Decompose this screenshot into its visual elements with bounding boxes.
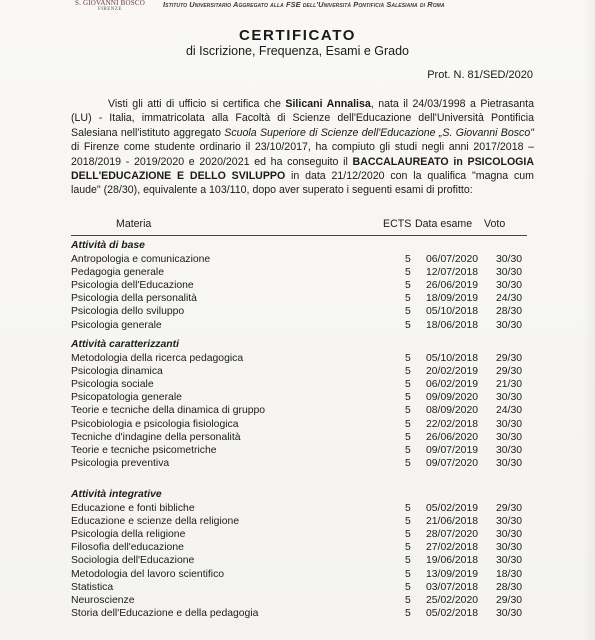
cell-voto: 30/30 (496, 516, 522, 527)
cell-data-esame: 12/07/2018 (426, 267, 478, 278)
cell-materia: Psicologia dinamica (71, 366, 163, 377)
cell-materia: Sociologia dell'Educazione (71, 555, 194, 566)
cell-ects: 5 (405, 608, 411, 619)
cell-data-esame: 05/10/2018 (426, 306, 478, 317)
cell-ects: 5 (405, 320, 411, 331)
cell-ects: 5 (405, 503, 411, 514)
cell-materia: Psicologia della personalità (71, 293, 197, 304)
cell-data-esame: 26/06/2019 (426, 280, 478, 291)
table-row: Psicologia generale518/06/201830/30 (71, 320, 531, 333)
cell-ects: 5 (405, 445, 411, 456)
cell-materia: Antropologia e comunicazione (71, 254, 210, 265)
cell-data-esame: 22/02/2018 (426, 419, 478, 430)
cell-data-esame: 05/02/2018 (426, 608, 478, 619)
header-voto: Voto (484, 218, 505, 230)
table-row: Metodologia del lavoro scientifico513/09… (71, 569, 531, 582)
cell-materia: Teorie e tecniche psicometriche (71, 445, 217, 456)
table-row: Tecniche d'indagine della personalità526… (71, 432, 531, 445)
cell-ects: 5 (405, 555, 411, 566)
cell-ects: 5 (405, 516, 411, 527)
cell-data-esame: 05/02/2019 (426, 503, 478, 514)
cell-data-esame: 18/09/2019 (426, 293, 478, 304)
cell-materia: Psicologia preventiva (71, 458, 169, 469)
cell-ects: 5 (405, 280, 411, 291)
cell-voto: 30/30 (496, 445, 522, 456)
cell-voto: 30/30 (496, 555, 522, 566)
table-row: Educazione e fonti bibliche505/02/201929… (71, 503, 531, 516)
table-row: Teorie e tecniche della dinamica di grup… (71, 405, 531, 418)
cell-data-esame: 03/07/2018 (426, 582, 478, 593)
cell-data-esame: 08/09/2020 (426, 405, 478, 416)
table-row: Statistica503/07/201828/30 (71, 582, 531, 595)
cell-voto: 30/30 (496, 432, 522, 443)
section-title: Attività caratterizzanti (71, 339, 179, 350)
cell-ects: 5 (405, 306, 411, 317)
logo-line-1: S. GIOVANNI BOSCO (55, 0, 165, 7)
cell-data-esame: 06/07/2020 (426, 254, 478, 265)
table-row: Sociologia dell'Educazione519/06/201830/… (71, 555, 531, 568)
document-subtitle: di Iscrizione, Frequenza, Esami e Grado (0, 44, 595, 58)
cell-materia: Teorie e tecniche della dinamica di grup… (71, 405, 265, 416)
certificate-body: Visti gli atti di ufficio si certifica c… (71, 97, 534, 198)
cell-ects: 5 (405, 379, 411, 390)
exam-table-header: Materia ECTS Data esame Voto (71, 217, 527, 236)
cell-data-esame: 27/02/2018 (426, 542, 478, 553)
cell-materia: Statistica (71, 582, 113, 593)
cell-voto: 30/30 (496, 608, 522, 619)
cell-data-esame: 21/06/2018 (426, 516, 478, 527)
cell-data-esame: 09/07/2020 (426, 458, 478, 469)
cell-voto: 24/30 (496, 405, 522, 416)
cell-ects: 5 (405, 254, 411, 265)
cell-materia: Psicobiologia e psicologia fisiologica (71, 419, 239, 430)
table-row: Metodologia della ricerca pedagogica505/… (71, 353, 531, 366)
school-name: Scuola Superiore di Scienze dell'Educazi… (224, 127, 534, 139)
table-row: Psicologia dinamica520/02/201929/30 (71, 366, 531, 379)
header-materia: Materia (116, 218, 151, 230)
institute-logo: S. GIOVANNI BOSCO FIRENZE (55, 0, 165, 14)
cell-voto: 28/30 (496, 306, 522, 317)
table-row: Pedagogia generale512/07/201830/30 (71, 267, 531, 280)
cell-voto: 30/30 (496, 529, 522, 540)
cell-data-esame: 09/07/2019 (426, 445, 478, 456)
table-row: Storia dell'Educazione e della pedagogia… (71, 608, 531, 621)
cell-ects: 5 (405, 293, 411, 304)
table-row: Psicologia dell'Educazione526/06/201930/… (71, 280, 531, 293)
table-row: Psicologia della religione528/07/202030/… (71, 529, 531, 542)
cell-materia: Metodologia del lavoro scientifico (71, 569, 224, 580)
cell-materia: Tecniche d'indagine della personalità (71, 432, 241, 443)
cell-voto: 21/30 (496, 379, 522, 390)
cell-voto: 30/30 (496, 419, 522, 430)
cell-materia: Psicopatologia generale (71, 392, 182, 403)
cell-ects: 5 (405, 542, 411, 553)
cell-voto: 30/30 (496, 280, 522, 291)
table-row: Antropologia e comunicazione506/07/20203… (71, 254, 531, 267)
cell-ects: 5 (405, 458, 411, 469)
cell-voto: 30/30 (496, 392, 522, 403)
cell-ects: 5 (405, 432, 411, 443)
section-title: Attività di base (71, 240, 145, 251)
cell-materia: Neuroscienze (71, 595, 135, 606)
cell-materia: Psicologia dello sviluppo (71, 306, 184, 317)
cell-ects: 5 (405, 392, 411, 403)
cell-materia: Pedagogia generale (71, 267, 164, 278)
cell-voto: 24/30 (496, 293, 522, 304)
cell-voto: 30/30 (496, 458, 522, 469)
cell-ects: 5 (405, 267, 411, 278)
cell-materia: Psicologia sociale (71, 379, 154, 390)
cell-voto: 30/30 (496, 542, 522, 553)
cell-data-esame: 28/07/2020 (426, 529, 478, 540)
cell-ects: 5 (405, 582, 411, 593)
cell-data-esame: 06/02/2019 (426, 379, 478, 390)
cell-voto: 29/30 (496, 595, 522, 606)
protocol-number: Prot. N. 81/SED/2020 (427, 69, 533, 81)
body-text-1: Visti gli atti di ufficio si certifica c… (108, 98, 285, 110)
cell-voto: 18/30 (496, 569, 522, 580)
table-row: Psicologia dello sviluppo505/10/201828/3… (71, 306, 531, 319)
student-name: Silicani Annalisa (285, 98, 370, 110)
cell-voto: 29/30 (496, 353, 522, 364)
cell-ects: 5 (405, 595, 411, 606)
header-data-esame: Data esame (415, 218, 472, 230)
section-title: Attività integrative (71, 489, 162, 500)
cell-materia: Educazione e scienze della religione (71, 516, 239, 527)
cell-materia: Filosofia dell'educazione (71, 542, 184, 553)
header-ects: ECTS (383, 218, 411, 230)
cell-data-esame: 09/09/2020 (426, 392, 478, 403)
cell-data-esame: 13/09/2019 (426, 569, 478, 580)
cell-data-esame: 26/06/2020 (426, 432, 478, 443)
cell-data-esame: 18/06/2018 (426, 320, 478, 331)
table-row: Psicologia sociale506/02/201921/30 (71, 379, 531, 392)
institute-header: Istituto Universitario Aggregato alla FS… (163, 0, 583, 9)
cell-materia: Psicologia della religione (71, 529, 185, 540)
cell-data-esame: 25/02/2020 (426, 595, 478, 606)
page-edge-shadow (583, 0, 595, 640)
cell-materia: Metodologia della ricerca pedagogica (71, 353, 243, 364)
table-row: Teorie e tecniche psicometriche509/07/20… (71, 445, 531, 458)
cell-data-esame: 19/06/2018 (426, 555, 478, 566)
cell-data-esame: 20/02/2019 (426, 366, 478, 377)
cell-data-esame: 05/10/2018 (426, 353, 478, 364)
cell-ects: 5 (405, 569, 411, 580)
table-row: Filosofia dell'educazione527/02/201830/3… (71, 542, 531, 555)
table-row: Neuroscienze525/02/202029/30 (71, 595, 531, 608)
logo-line-2: FIRENZE (55, 7, 165, 13)
cell-ects: 5 (405, 366, 411, 377)
cell-materia: Storia dell'Educazione e della pedagogia (71, 608, 258, 619)
cell-ects: 5 (405, 405, 411, 416)
table-row: Psicologia preventiva509/07/202030/30 (71, 458, 531, 471)
cell-ects: 5 (405, 529, 411, 540)
cell-materia: Educazione e fonti bibliche (71, 503, 195, 514)
cell-voto: 30/30 (496, 267, 522, 278)
certificate-page: S. GIOVANNI BOSCO FIRENZE Istituto Unive… (0, 0, 595, 640)
cell-voto: 29/30 (496, 503, 522, 514)
cell-ects: 5 (405, 353, 411, 364)
cell-materia: Psicologia dell'Educazione (71, 280, 194, 291)
cell-voto: 30/30 (496, 254, 522, 265)
cell-materia: Psicologia generale (71, 320, 162, 331)
table-row: Psicobiologia e psicologia fisiologica52… (71, 419, 531, 432)
table-row: Psicologia della personalità518/09/20192… (71, 293, 531, 306)
table-row: Psicopatologia generale509/09/202030/30 (71, 392, 531, 405)
document-title: CERTIFICATO (0, 27, 595, 44)
cell-ects: 5 (405, 419, 411, 430)
cell-voto: 29/30 (496, 366, 522, 377)
cell-voto: 30/30 (496, 320, 522, 331)
cell-voto: 28/30 (496, 582, 522, 593)
table-row: Educazione e scienze della religione521/… (71, 516, 531, 529)
